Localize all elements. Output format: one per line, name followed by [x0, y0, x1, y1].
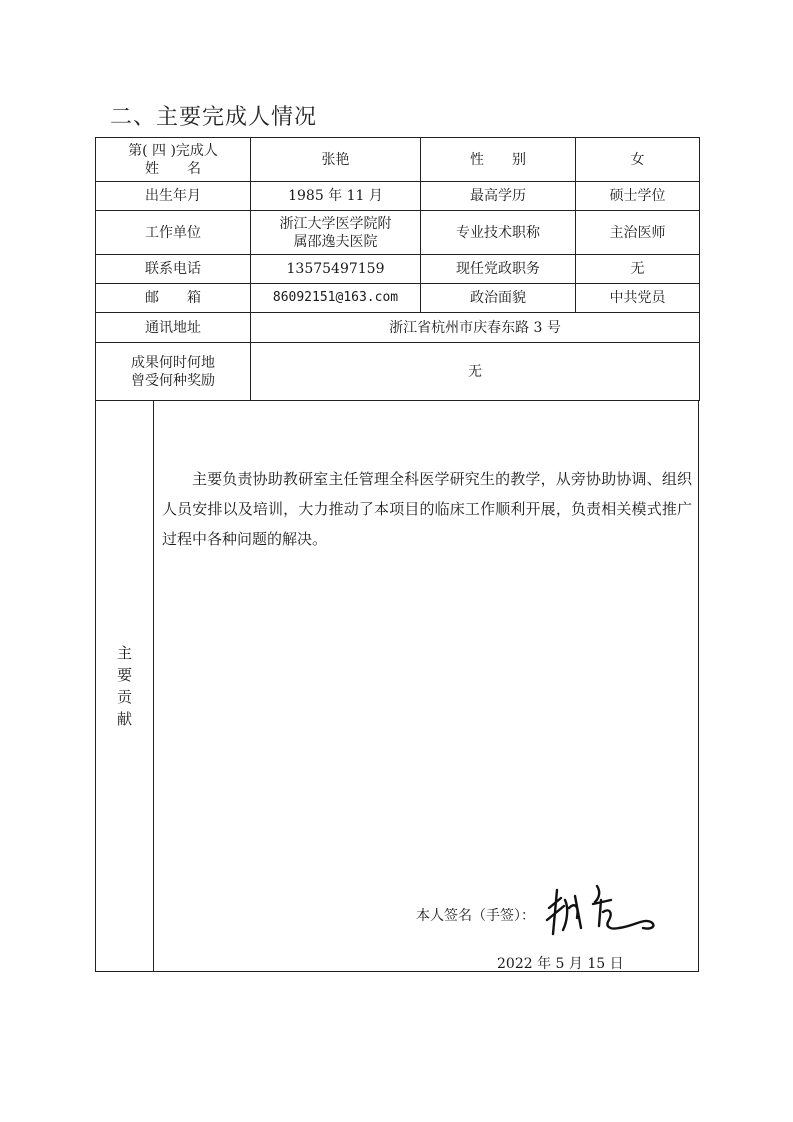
contribution-label-char: 主	[117, 642, 132, 664]
name-value: 张艳	[251, 138, 421, 182]
birth-label: 出生年月	[96, 182, 251, 211]
name-label-line1: 第( 四 )完成人	[96, 142, 250, 160]
phone-value: 13575497159	[251, 255, 421, 284]
signature-date: 2022 年 5 月 15 日	[497, 953, 624, 973]
party-position-value: 无	[576, 255, 700, 284]
table-row: 联系电话 13575497159 现任党政职务 无	[96, 255, 700, 284]
work-value-cell: 浙江大学医学院附 属邵逸夫医院	[251, 211, 421, 255]
personnel-info-table: 第( 四 )完成人 姓 名 张艳 性 别 女 出生年月 1985 年 11 月 …	[95, 137, 700, 401]
contribution-label-char: 献	[117, 708, 132, 730]
contribution-label-char: 贡	[117, 686, 132, 708]
education-value: 硕士学位	[576, 182, 700, 211]
handwritten-signature-icon	[539, 878, 669, 938]
table-row: 通讯地址 浙江省杭州市庆春东路 3 号	[96, 313, 700, 343]
contribution-label: 主 要 贡 献	[96, 400, 154, 971]
birth-value: 1985 年 11 月	[251, 182, 421, 211]
address-value: 浙江省杭州市庆春东路 3 号	[251, 313, 700, 343]
political-status-label: 政治面貌	[421, 284, 576, 313]
work-value-line1: 浙江大学医学院附	[251, 215, 420, 233]
contribution-body: 主要负责协助教研室主任管理全科医学研究生的教学，从旁协助协调、组织人员安排以及培…	[154, 400, 698, 971]
contribution-text: 主要负责协助教研室主任管理全科医学研究生的教学，从旁协助协调、组织人员安排以及培…	[162, 464, 692, 554]
title-label: 专业技术职称	[421, 211, 576, 255]
contribution-label-char: 要	[117, 664, 132, 686]
work-value-line2: 属邵逸夫医院	[251, 233, 420, 251]
name-label-cell: 第( 四 )完成人 姓 名	[96, 138, 251, 182]
section-title: 二、主要完成人情况	[110, 100, 317, 131]
table-row: 邮 箱 86092151@163.com 政治面貌 中共党员	[96, 284, 700, 313]
email-value: 86092151@163.com	[251, 284, 421, 313]
table-row: 第( 四 )完成人 姓 名 张艳 性 别 女	[96, 138, 700, 182]
political-status-value: 中共党员	[576, 284, 700, 313]
contribution-section: 主 要 贡 献 主要负责协助教研室主任管理全科医学研究生的教学，从旁协助协调、组…	[95, 400, 699, 972]
gender-value: 女	[576, 138, 700, 182]
name-label-line2: 姓 名	[96, 160, 250, 178]
table-row: 出生年月 1985 年 11 月 最高学历 硕士学位	[96, 182, 700, 211]
gender-label: 性 别	[421, 138, 576, 182]
work-label: 工作单位	[96, 211, 251, 255]
table-row: 工作单位 浙江大学医学院附 属邵逸夫医院 专业技术职称 主治医师	[96, 211, 700, 255]
awards-label-line1: 成果何时何地	[96, 354, 250, 372]
signature-label: 本人签名（手签）：	[416, 905, 535, 925]
awards-label-line2: 曾受何种奖励	[96, 372, 250, 390]
awards-label-cell: 成果何时何地 曾受何种奖励	[96, 343, 251, 401]
education-label: 最高学历	[421, 182, 576, 211]
phone-label: 联系电话	[96, 255, 251, 284]
table-row: 成果何时何地 曾受何种奖励 无	[96, 343, 700, 401]
email-label: 邮 箱	[96, 284, 251, 313]
title-value: 主治医师	[576, 211, 700, 255]
awards-value: 无	[251, 343, 700, 401]
address-label: 通讯地址	[96, 313, 251, 343]
party-position-label: 现任党政职务	[421, 255, 576, 284]
